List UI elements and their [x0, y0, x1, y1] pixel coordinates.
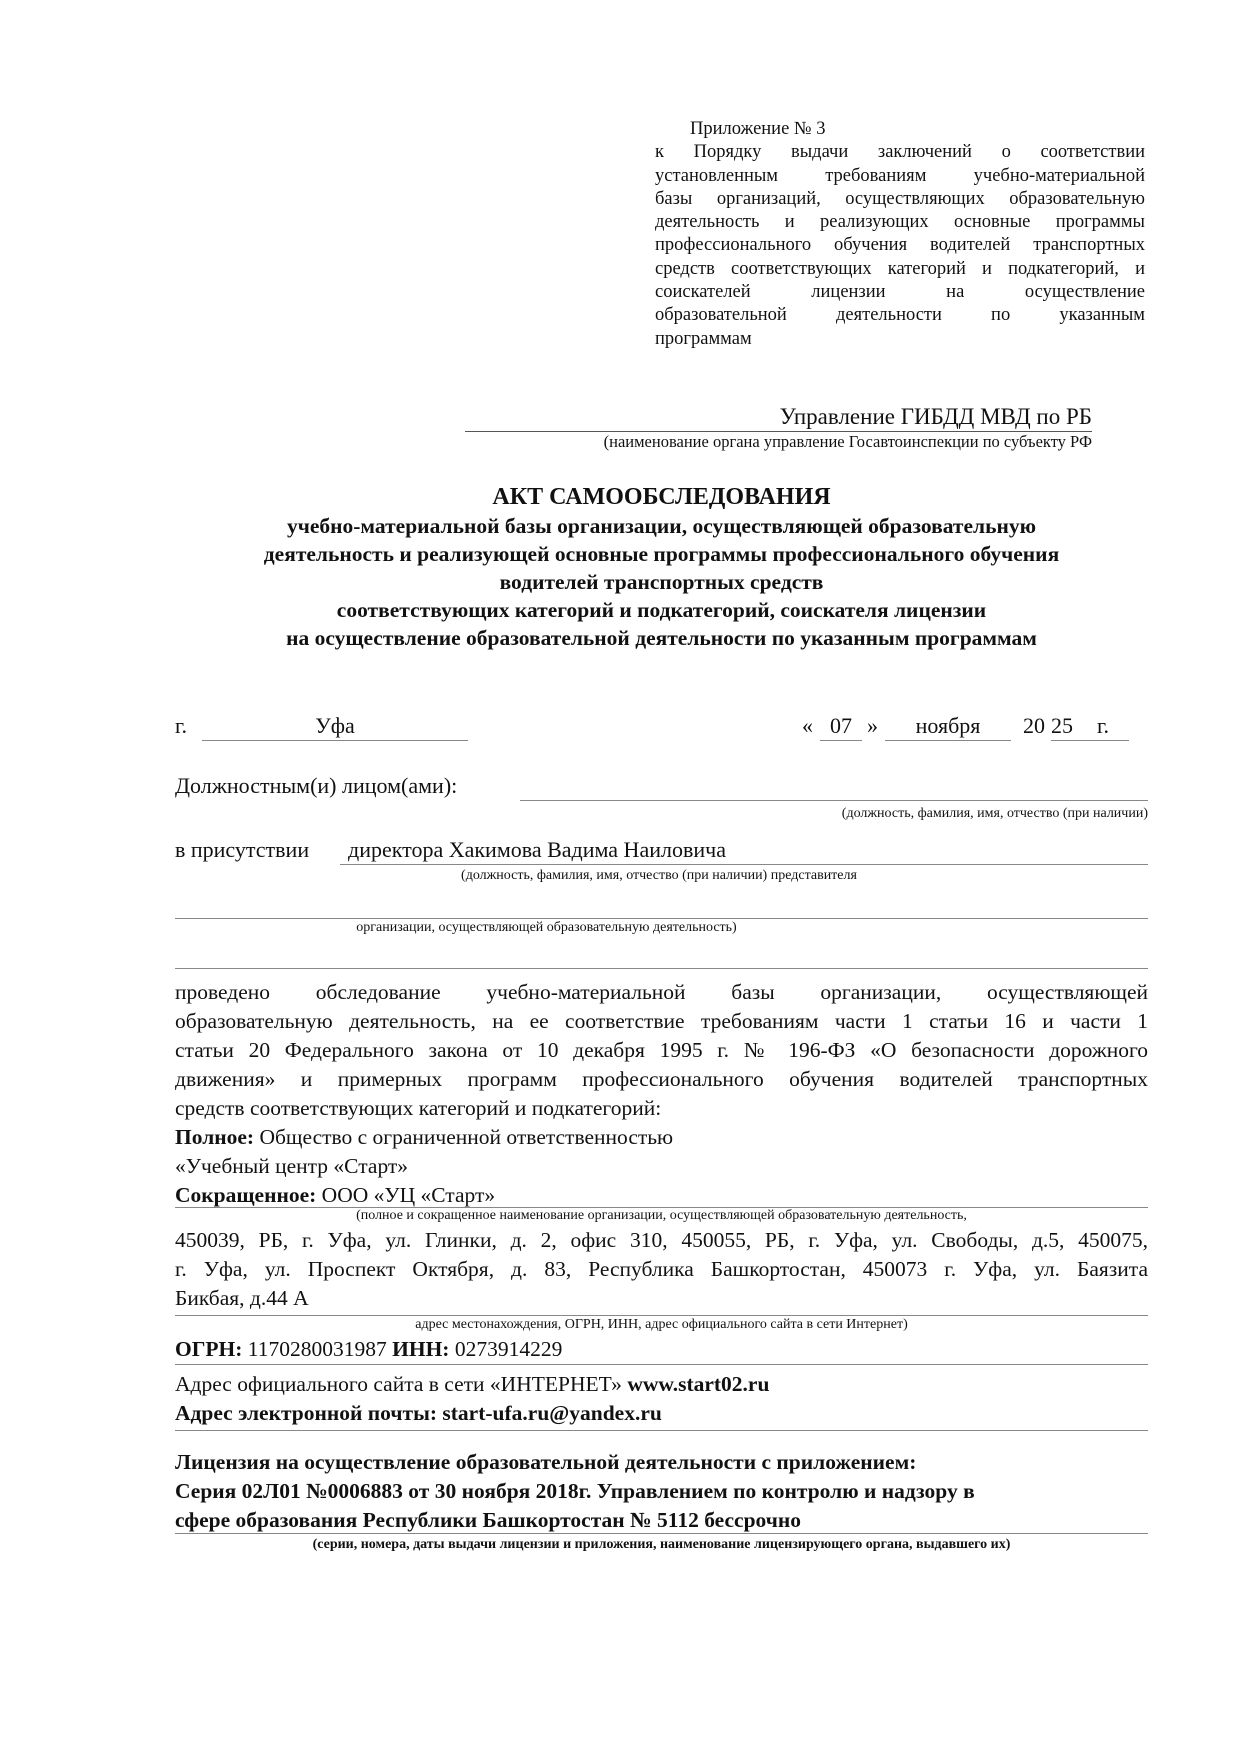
appendix-line: установленным требованиям учебно-материа…: [655, 165, 1145, 188]
address-line: г. Уфа, ул. Проспект Октября, д. 83, Рес…: [175, 1255, 1148, 1284]
license-line: Серия 02Л01 №0006883 от 30 ноября 2018г.…: [175, 1477, 1148, 1506]
email-underline: [175, 1430, 1148, 1431]
org-names-hint: (полное и сокращенное наименование орган…: [175, 1208, 1148, 1224]
full-name-value: Общество с ограниченной ответственностью: [254, 1125, 673, 1149]
address-line: 450039, РБ, г. Уфа, ул. Глинки, д. 2, оф…: [175, 1226, 1148, 1255]
body-line: средств соответствующих категорий и подк…: [175, 1094, 1148, 1123]
representative-line[interactable]: [175, 918, 1148, 919]
ogrn-label: ОГРН:: [175, 1337, 242, 1361]
inn-value: 0273914229: [449, 1337, 562, 1361]
city-field[interactable]: Уфа: [202, 712, 468, 741]
presence-hint-cont: организации, осуществляющей образователь…: [175, 920, 1148, 936]
short-name-label: Сокращенное:: [175, 1183, 316, 1207]
appendix-line: базы организаций, осуществляющих образов…: [655, 188, 1145, 211]
title-sub-line: на осуществление образовательной деятель…: [175, 624, 1148, 652]
inn-label: ИНН:: [392, 1337, 449, 1361]
appendix-line: соискателей лицензии на осуществление: [655, 281, 1145, 304]
full-name-value-cont: «Учебный центр «Старт»: [175, 1152, 1148, 1181]
appendix-line: образовательной деятельности по указанны…: [655, 304, 1145, 327]
body-line: движения» и примерных программ профессио…: [175, 1065, 1148, 1094]
site-link[interactable]: www.start02.ru: [627, 1372, 769, 1396]
site-label: Адрес официального сайта в сети «ИНТЕРНЕ…: [175, 1372, 627, 1396]
presence-field[interactable]: директора Хакимова Вадима Наиловича: [340, 836, 1148, 865]
body-line: образовательную деятельность, на ее соот…: [175, 1007, 1148, 1036]
body-line: проведено обследование учебно-материальн…: [175, 978, 1148, 1007]
address-block: 450039, РБ, г. Уфа, ул. Глинки, д. 2, оф…: [175, 1226, 1148, 1313]
organ-name-hint: (наименование органа управление Госавтои…: [465, 432, 1092, 452]
full-name-label: Полное:: [175, 1125, 254, 1149]
ogrn-value: 1170280031987: [242, 1337, 392, 1361]
city-prefix: г.: [175, 712, 187, 740]
license-line: сфере образования Республики Башкортоста…: [175, 1506, 1148, 1535]
license-hint: (серии, номера, даты выдачи лицензии и п…: [175, 1537, 1148, 1553]
email-link[interactable]: start-ufa.ru@yandex.ru: [442, 1401, 661, 1425]
registry-row: ОГРН: 1170280031987 ИНН: 0273914229: [175, 1335, 1148, 1364]
presence-label: в присутствии: [175, 836, 309, 864]
appendix-number: Приложение № 3: [655, 118, 1145, 141]
site-row: Адрес официального сайта в сети «ИНТЕРНЕ…: [175, 1370, 1148, 1399]
title-sub-line: деятельность и реализующей основные прог…: [175, 540, 1148, 568]
officials-hint: (должность, фамилия, имя, отчество (при …: [520, 806, 1148, 822]
place-date-row: г. Уфа « 07 » ноября 20 25г.: [175, 712, 1148, 742]
registry-underline: [175, 1364, 1148, 1365]
title-main: АКТ САМООБСЛЕДОВАНИЯ: [175, 482, 1148, 512]
license-block: Лицензия на осуществление образовательно…: [175, 1448, 1148, 1535]
presence-hint: (должность, фамилия, имя, отчество (при …: [340, 868, 1148, 884]
email-row: Адрес электронной почты: start-ufa.ru@ya…: [175, 1399, 1148, 1428]
organ-name-field[interactable]: Управление ГИБДД МВД по РБ: [465, 403, 1092, 432]
body-line: статьи 20 Федерального закона от 10 дека…: [175, 1036, 1148, 1065]
address-line: Бикбая, д.44 А: [175, 1284, 1148, 1313]
license-line: Лицензия на осуществление образовательно…: [175, 1448, 1148, 1477]
title-sub-line: соответствующих категорий и подкатегорий…: [175, 596, 1148, 624]
email-label: Адрес электронной почты:: [175, 1401, 442, 1425]
org-names-block: Полное: Общество с ограниченной ответств…: [175, 1123, 1148, 1210]
appendix-line: деятельность и реализующих основные прог…: [655, 211, 1145, 234]
representative-line-2[interactable]: [175, 968, 1148, 969]
officials-label: Должностным(и) лицом(ами):: [175, 772, 457, 800]
appendix-line: средств соответствующих категорий и подк…: [655, 258, 1145, 281]
appendix-header: Приложение № 3 к Порядку выдачи заключен…: [655, 118, 1145, 351]
appendix-line: профессионального обучения водителей тра…: [655, 234, 1145, 257]
day-field[interactable]: 07: [820, 712, 862, 741]
officials-field[interactable]: [520, 772, 1148, 801]
address-underline: [175, 1315, 1148, 1316]
appendix-line: программам: [655, 328, 1145, 351]
document-title: АКТ САМООБСЛЕДОВАНИЯ учебно-материальной…: [175, 482, 1148, 652]
title-sub-line: учебно-материальной базы организации, ос…: [175, 512, 1148, 540]
appendix-line: к Порядку выдачи заключений о соответств…: [655, 141, 1145, 164]
year-suffix: 25: [1051, 713, 1073, 738]
title-sub-line: водителей транспортных средств: [175, 568, 1148, 596]
short-name-value: ООО «УЦ «Старт»: [316, 1183, 495, 1207]
license-underline: [175, 1533, 1148, 1534]
address-hint: адрес местонахождения, ОГРН, ИНН, адрес …: [175, 1317, 1148, 1333]
year-unit: г.: [1073, 713, 1109, 738]
day-close-quote: »: [867, 712, 878, 740]
year-prefix: 20: [1023, 712, 1045, 740]
body-paragraph: проведено обследование учебно-материальн…: [175, 978, 1148, 1123]
month-field[interactable]: ноября: [885, 712, 1011, 741]
day-open-quote: «: [802, 712, 813, 740]
year-field[interactable]: 25г.: [1051, 712, 1129, 741]
presence-value: директора Хакимова Вадима Наиловича: [340, 837, 726, 862]
